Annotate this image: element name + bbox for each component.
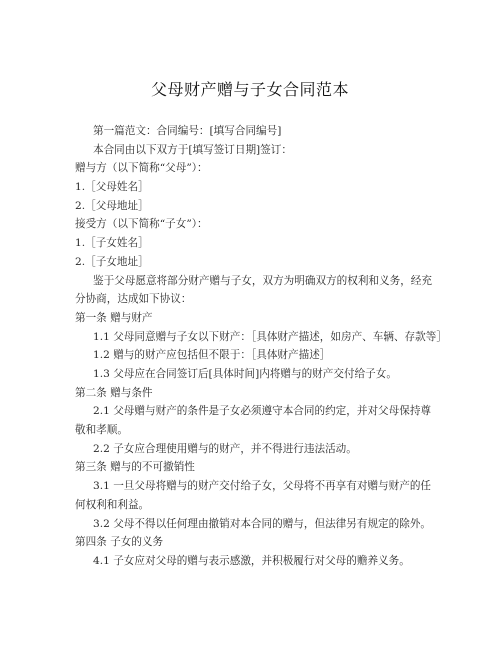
donor-heading: 赠与方（以下简称“父母”）： xyxy=(75,159,435,178)
clause-3-1: 3.1 一旦父母将赠与的财产交付给子女，父母将不再享有对赠与财产的任何权利和利益… xyxy=(75,477,435,514)
signing-date-line: 本合同由以下双方于[填写签订日期]签订： xyxy=(75,141,435,160)
clause-4-1: 4.1 子女应对父母的赠与表示感激，并积极履行对父母的赡养义务。 xyxy=(75,552,435,571)
article-3-heading: 第三条 赠与的不可撤销性 xyxy=(75,458,435,477)
donor-name: 1.［父母姓名］ xyxy=(75,178,435,197)
preamble-paragraph: 鉴于父母愿意将部分财产赠与子女，双方为明确双方的权利和义务，经充分协商，达成如下… xyxy=(75,272,435,309)
clause-3-2: 3.2 父母不得以任何理由撤销对本合同的赠与，但法律另有规定的除外。 xyxy=(75,515,435,534)
document-page: 父母财产赠与子女合同范本 第一篇范文：合同编号：[填写合同编号] 本合同由以下双… xyxy=(0,0,500,647)
clause-2-2: 2.2 子女应合理使用赠与的财产，并不得进行违法活动。 xyxy=(75,440,435,459)
clause-1-2: 1.2 赠与的财产应包括但不限于：［具体财产描述］ xyxy=(75,346,435,365)
clause-1-3: 1.3 父母应在合同签订后[具体时间]内将赠与的财产交付给子女。 xyxy=(75,365,435,384)
document-title: 父母财产赠与子女合同范本 xyxy=(0,77,500,100)
recipient-name: 1.［子女姓名］ xyxy=(75,234,435,253)
contract-number-line: 第一篇范文：合同编号：[填写合同编号] xyxy=(75,122,435,141)
article-1-heading: 第一条 赠与财产 xyxy=(75,309,435,328)
clause-2-1: 2.1 父母赠与财产的条件是子女必须遵守本合同的约定，并对父母保持尊敬和孝顺。 xyxy=(75,402,435,439)
recipient-heading: 接受方（以下简称“子女”）： xyxy=(75,215,435,234)
recipient-address: 2.［子女地址］ xyxy=(75,253,435,272)
donor-address: 2.［父母地址］ xyxy=(75,197,435,216)
document-body: 第一篇范文：合同编号：[填写合同编号] 本合同由以下双方于[填写签订日期]签订：… xyxy=(75,122,435,571)
clause-1-1: 1.1 父母同意赠与子女以下财产：［具体财产描述，如房产、车辆、存款等］ xyxy=(75,328,435,347)
article-4-heading: 第四条 子女的义务 xyxy=(75,533,435,552)
article-2-heading: 第二条 赠与条件 xyxy=(75,384,435,403)
